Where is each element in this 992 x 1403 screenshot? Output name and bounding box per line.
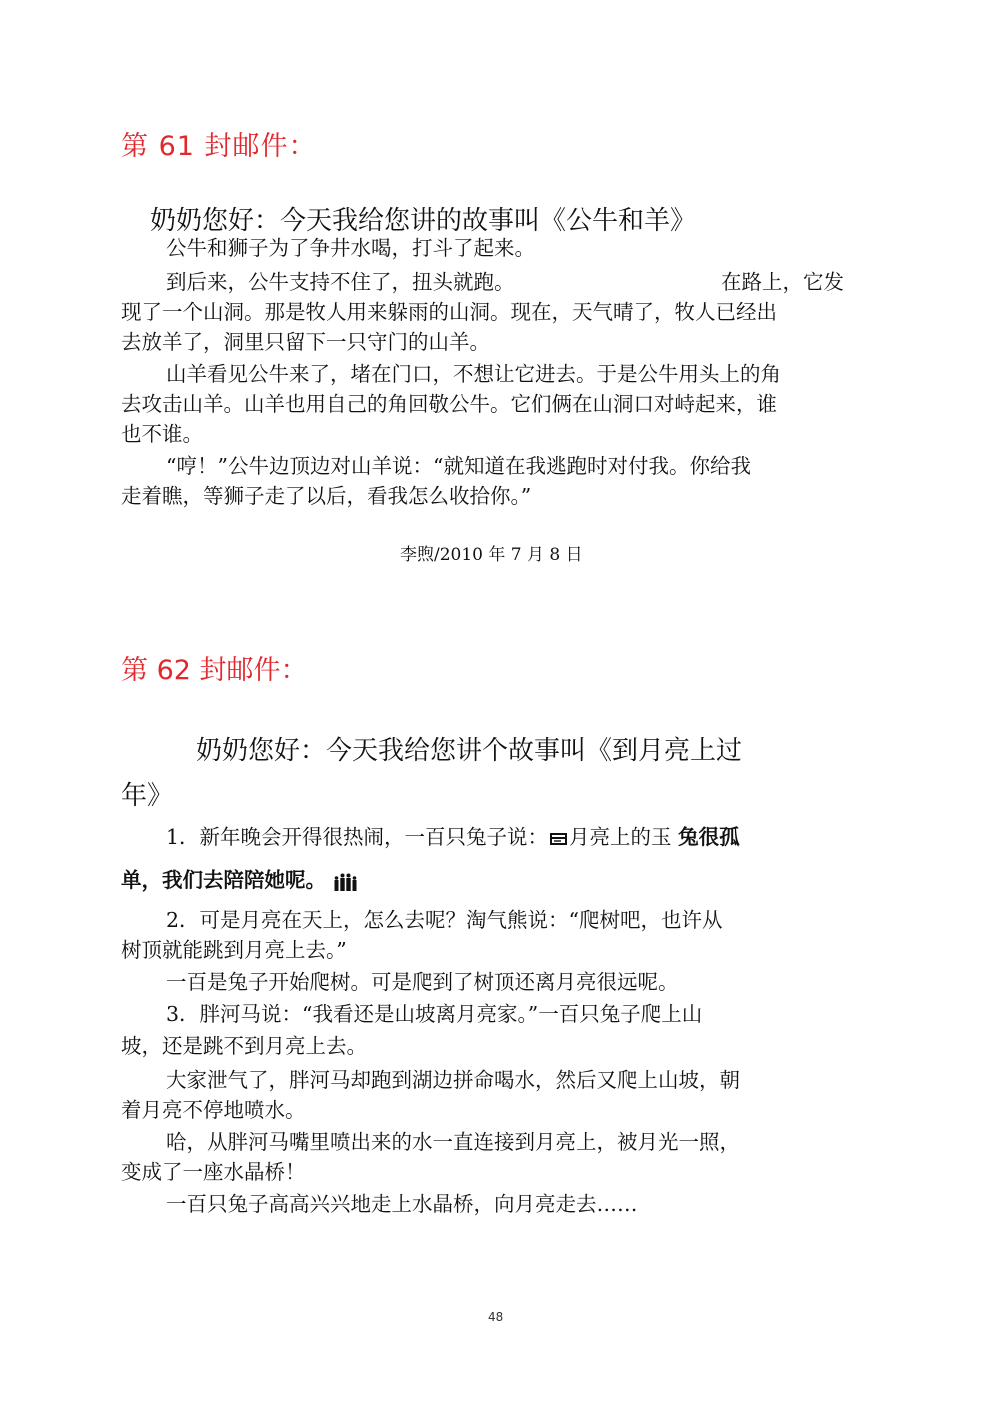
paragraph-line: 2．可是月亮在天上，怎么去呢？淘气熊说：“爬树吧，也许从 [166,906,723,934]
paragraph-line: 走着瞧，等狮子走了以后，看我怎么收拾你。” [121,482,531,510]
letter-62-title-greeting: 奶奶您好 [196,736,300,766]
letter-61-heading: 第 61 封邮件： [121,124,317,163]
paragraph-line: 变成了一座水晶桥！ [121,1158,306,1186]
card-icon [550,833,567,845]
page-number: 48 [488,1310,503,1324]
letter-62-title-wrap: 年》 [121,775,173,812]
line-text: 月亮上的玉 [569,825,678,849]
paragraph-line: 也不谁。 [121,420,203,448]
document-page: 第 61 封邮件： 奶奶您好：今天我给您讲的故事叫《公牛和羊》 公牛和狮子为了争… [0,0,992,1403]
paragraph-line: 一百只兔子高高兴兴地走上水晶桥，向月亮走去…… [166,1190,638,1218]
paragraph-line: 在路上，它发 [721,268,844,296]
family-icon [333,872,359,892]
paragraph-line: 着月亮不停地喷水。 [121,1096,306,1124]
paragraph-line: 树顶就能跳到月亮上去。” [121,936,347,964]
letter-61-signature: 李煦/2010 年 7 月 8 日 [400,540,583,565]
paragraph-line: 哈，从胖河马嘴里喷出来的水一直连接到月亮上，被月光一照， [166,1128,740,1156]
letter-62-title-rest: ：今天我给您讲个故事叫《到月亮上过 [300,736,742,766]
letter-62-heading: 第 62 封邮件： [121,648,308,687]
paragraph-line: 一百是兔子开始爬树。可是爬到了树顶还离月亮很远呢。 [166,968,679,996]
paragraph-line: “哼！”公牛边顶边对山羊说：“就知道在我逃跑时对付我。你给我 [166,452,751,480]
line-text-bold: 兔很孤 [678,825,740,849]
letter-62-title: 奶奶您好：今天我给您讲个故事叫《到月亮上过 [196,730,742,767]
paragraph-line: 单，我们去陪陪她呢。 [121,866,359,894]
paragraph-line: 3．胖河马说：“我看还是山坡离月亮家。”一百只兔子爬上山 [166,1000,702,1028]
paragraph-line: 山羊看见公牛来了，堵在门口，不想让它进去。于是公牛用头上的角 [166,360,781,388]
paragraph-line: 到后来，公牛支持不住了，扭头就跑。 [166,268,515,296]
paragraph-line: 1．新年晚会开得很热闹，一百只兔子说：月亮上的玉 兔很孤 [166,823,740,851]
line-text-bold: 单，我们去陪陪她呢。 [121,868,326,892]
paragraph-line: 大家泄气了，胖河马却跑到湖边拼命喝水，然后又爬上山坡，朝 [166,1066,740,1094]
line-text: 1．新年晚会开得很热闹，一百只兔子说： [166,825,548,849]
letter-61-title: 奶奶您好：今天我给您讲的故事叫《公牛和羊》 [150,200,696,237]
paragraph-line: 现了一个山洞。那是牧人用来躲雨的山洞。现在，天气晴了，牧人已经出 [121,298,777,326]
paragraph-line: 去放羊了，洞里只留下一只守门的山羊。 [121,328,490,356]
paragraph-line: 公牛和狮子为了争井水喝，打斗了起来。 [166,234,535,262]
paragraph-line: 去攻击山羊。山羊也用自己的角回敬公牛。它们俩在山洞口对峙起来，谁 [121,390,777,418]
paragraph-line: 坡，还是跳不到月亮上去。 [121,1032,367,1060]
